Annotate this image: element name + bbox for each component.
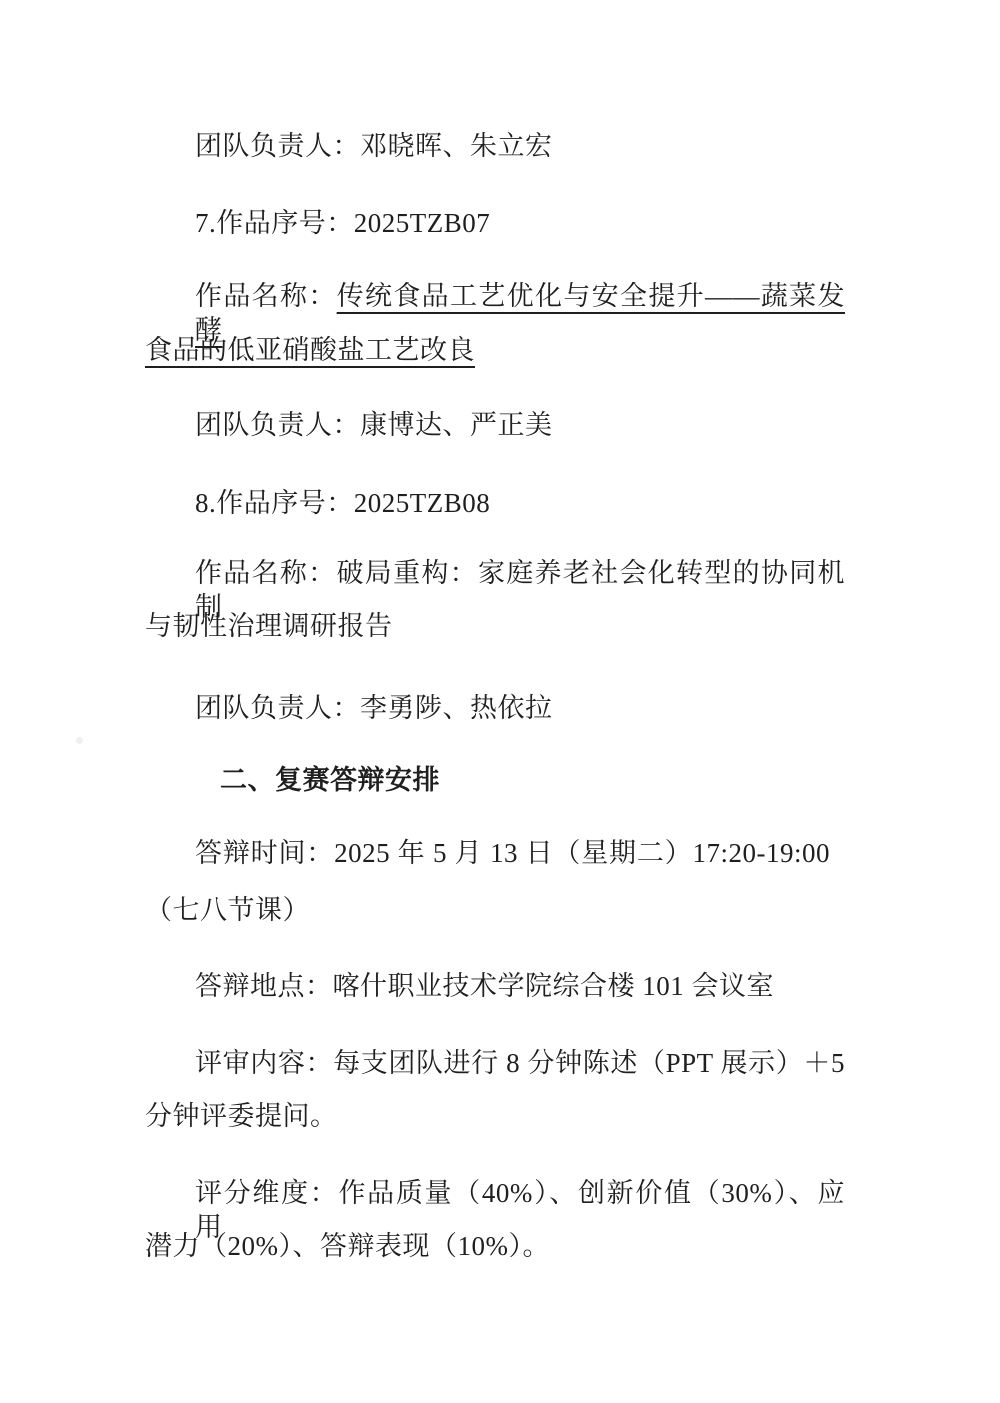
team-leader-entry6: 团队负责人：邓晓晖、朱立宏	[195, 129, 553, 163]
defense-place-line: 答辩地点：喀什职业技术学院综合楼 101 会议室	[195, 969, 774, 1003]
work-serial-7: 7.作品序号：2025TZB07	[195, 206, 490, 240]
work-title-8-prefix: 作品名称：	[195, 558, 336, 588]
scan-artifact-speck	[76, 737, 83, 744]
team-leader-entry8: 团队负责人：李勇陟、热依拉	[195, 691, 553, 725]
defense-time-line1: 答辩时间：2025 年 5 月 13 日（星期二）17:20-19:00	[195, 836, 830, 870]
scanned-document-page: 团队负责人：邓晓晖、朱立宏 7.作品序号：2025TZB07 作品名称：传统食品…	[0, 0, 1000, 1403]
scoring-dimensions-line2: 潜力（20%）、答辩表现（10%）。	[145, 1229, 550, 1263]
review-content-line2: 分钟评委提问。	[145, 1099, 338, 1133]
work-title-7-prefix: 作品名称：	[195, 281, 337, 311]
defense-time-line2: （七八节课）	[145, 893, 310, 927]
work-title-7-underlined-text-2: 食品的低亚硝酸盐工艺改良	[145, 335, 475, 365]
work-title-7-line2: 食品的低亚硝酸盐工艺改良	[145, 333, 475, 367]
section-heading-defense-arrangement: 二、复赛答辩安排	[220, 763, 440, 797]
work-title-8-line2: 与韧性治理调研报告	[145, 609, 393, 643]
work-serial-8: 8.作品序号：2025TZB08	[195, 486, 490, 520]
team-leader-entry7: 团队负责人：康博达、严正美	[195, 408, 553, 442]
review-content-line1: 评审内容：每支团队进行 8 分钟陈述（PPT 展示）＋5	[195, 1046, 845, 1080]
